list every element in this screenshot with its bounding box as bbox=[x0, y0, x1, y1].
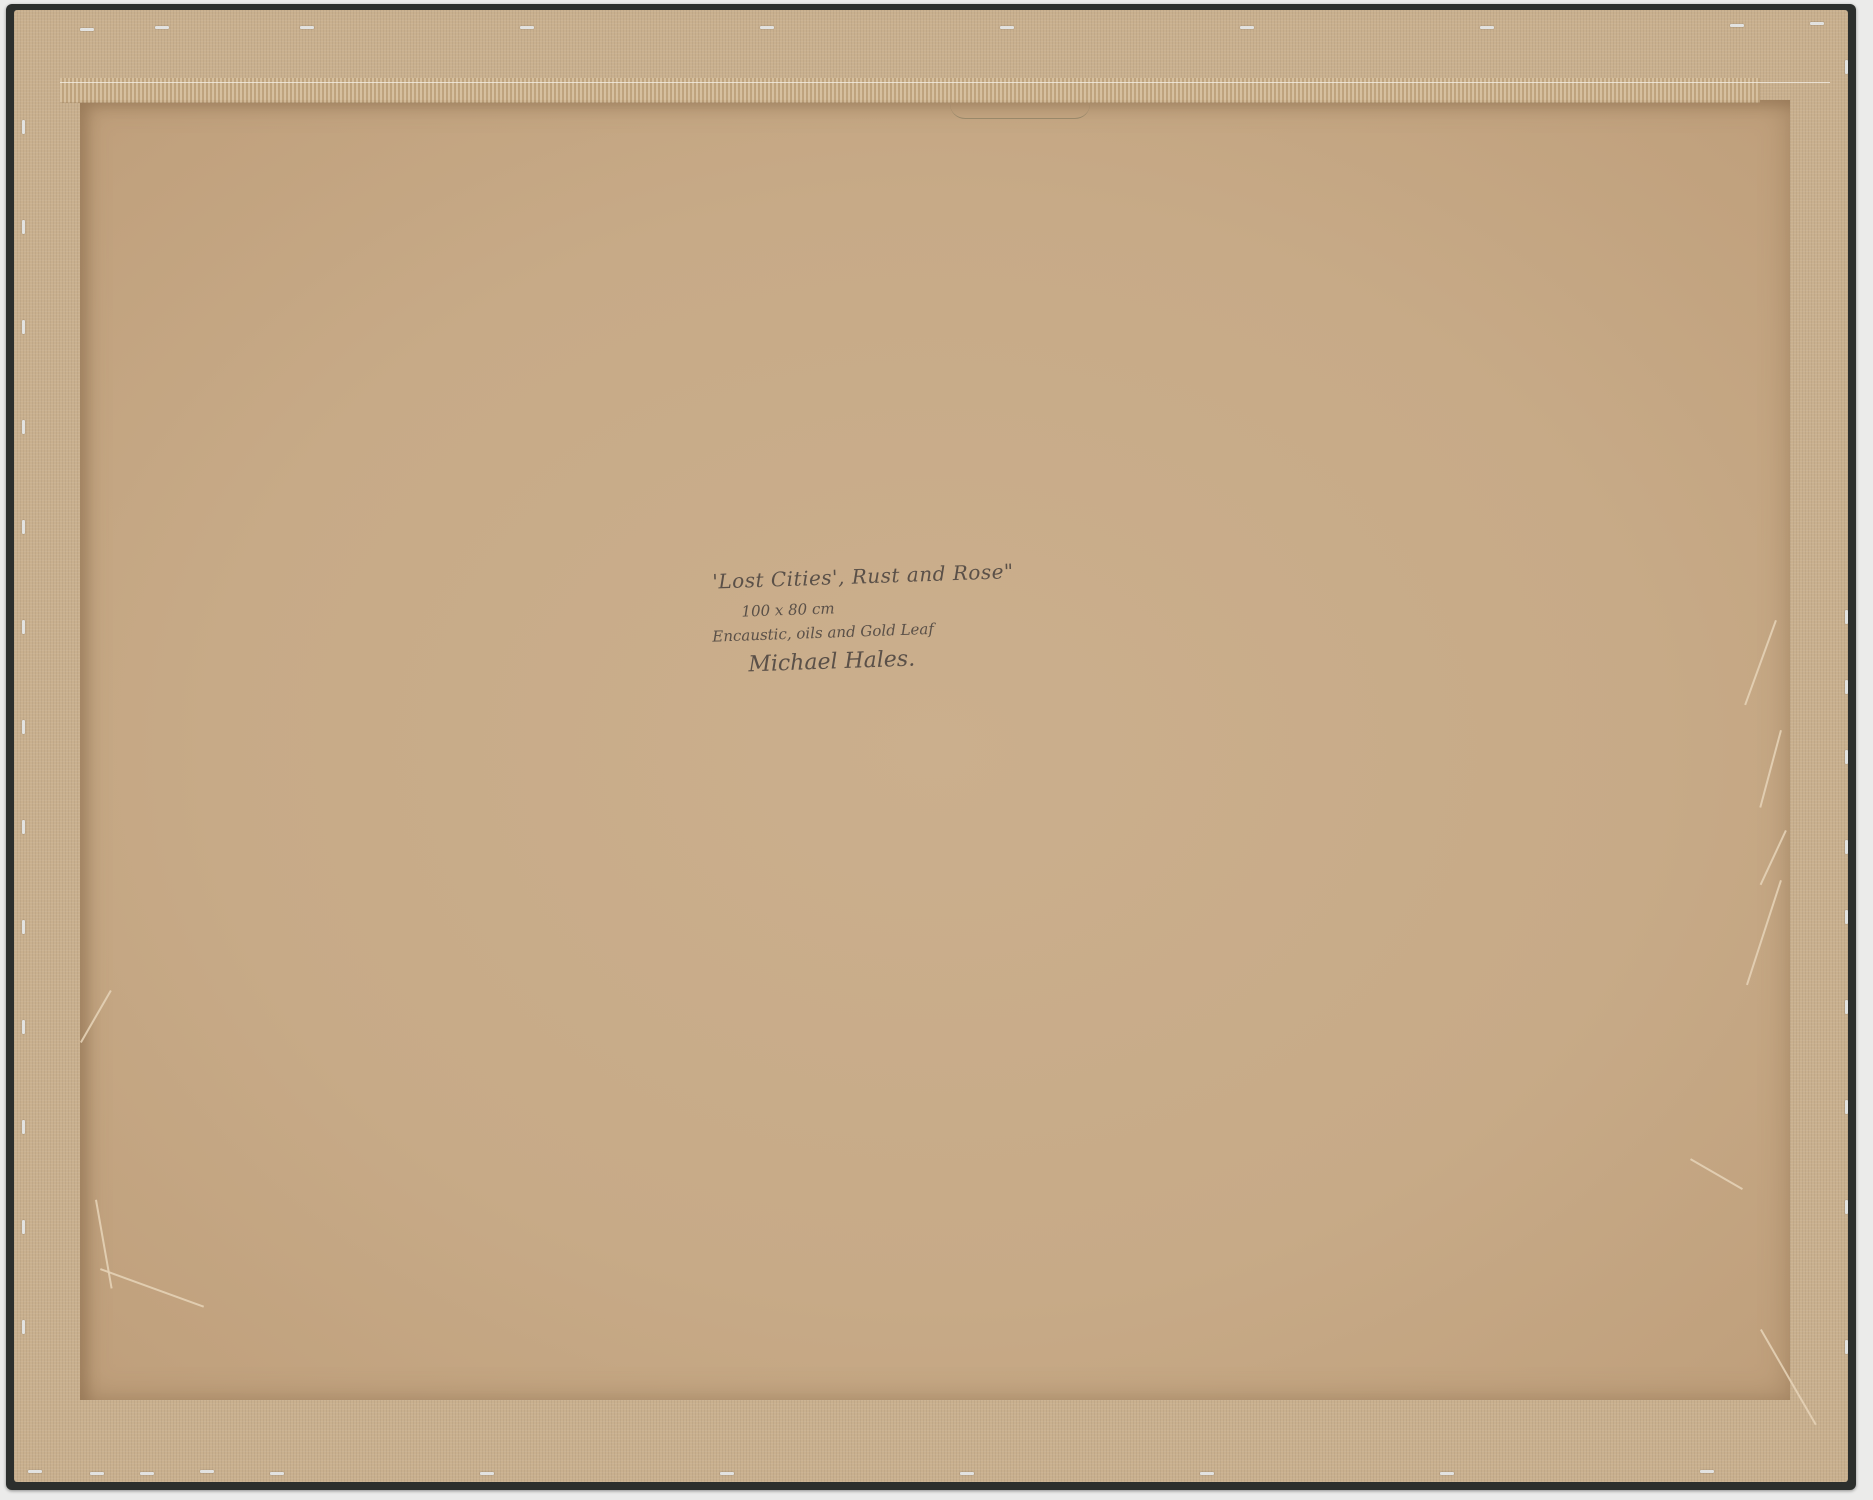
staple bbox=[22, 820, 25, 834]
staple bbox=[22, 620, 25, 634]
staple bbox=[1845, 1200, 1848, 1214]
loose-thread bbox=[60, 82, 1830, 83]
staple bbox=[1200, 1472, 1214, 1475]
staple bbox=[960, 1472, 974, 1475]
handwritten-inscription: 'Lost Cities', Rust and Rose" 100 x 80 c… bbox=[700, 557, 1064, 678]
staple bbox=[1845, 680, 1848, 694]
staple bbox=[1730, 24, 1744, 27]
staple bbox=[1845, 1340, 1848, 1354]
staple bbox=[520, 26, 534, 29]
painting-back-photo: 'Lost Cities', Rust and Rose" 100 x 80 c… bbox=[0, 0, 1873, 1500]
staple bbox=[1845, 1000, 1848, 1014]
staple bbox=[28, 1470, 42, 1473]
staple bbox=[760, 26, 774, 29]
staple bbox=[1845, 840, 1848, 854]
staple bbox=[22, 120, 25, 134]
staple bbox=[1845, 1100, 1848, 1114]
staple bbox=[22, 220, 25, 234]
staple bbox=[1700, 1470, 1714, 1473]
pencil-arc-mark bbox=[950, 104, 1090, 119]
staple bbox=[1845, 910, 1848, 924]
staple bbox=[80, 28, 94, 31]
staple bbox=[1845, 610, 1848, 624]
staple bbox=[22, 1020, 25, 1034]
staple bbox=[1810, 22, 1824, 25]
staple bbox=[90, 1472, 104, 1475]
staple bbox=[1845, 750, 1848, 764]
staple bbox=[22, 720, 25, 734]
staple bbox=[480, 1472, 494, 1475]
staple bbox=[22, 1120, 25, 1134]
staple bbox=[1480, 26, 1494, 29]
artwork-medium: Encaustic, oils and Gold Leaf bbox=[712, 615, 1062, 645]
staple bbox=[22, 420, 25, 434]
staple bbox=[1440, 1472, 1454, 1475]
staple bbox=[155, 26, 169, 29]
staple bbox=[1845, 60, 1848, 74]
staple bbox=[22, 1220, 25, 1234]
staple bbox=[200, 1470, 214, 1473]
staple bbox=[22, 520, 25, 534]
staple bbox=[22, 320, 25, 334]
staple bbox=[270, 1472, 284, 1475]
staple bbox=[720, 1472, 734, 1475]
hardboard-backing-panel bbox=[80, 100, 1790, 1400]
staple bbox=[300, 26, 314, 29]
staple bbox=[22, 1320, 25, 1334]
staple bbox=[1240, 26, 1254, 29]
staple bbox=[140, 1472, 154, 1475]
staple bbox=[1000, 26, 1014, 29]
staple bbox=[22, 920, 25, 934]
